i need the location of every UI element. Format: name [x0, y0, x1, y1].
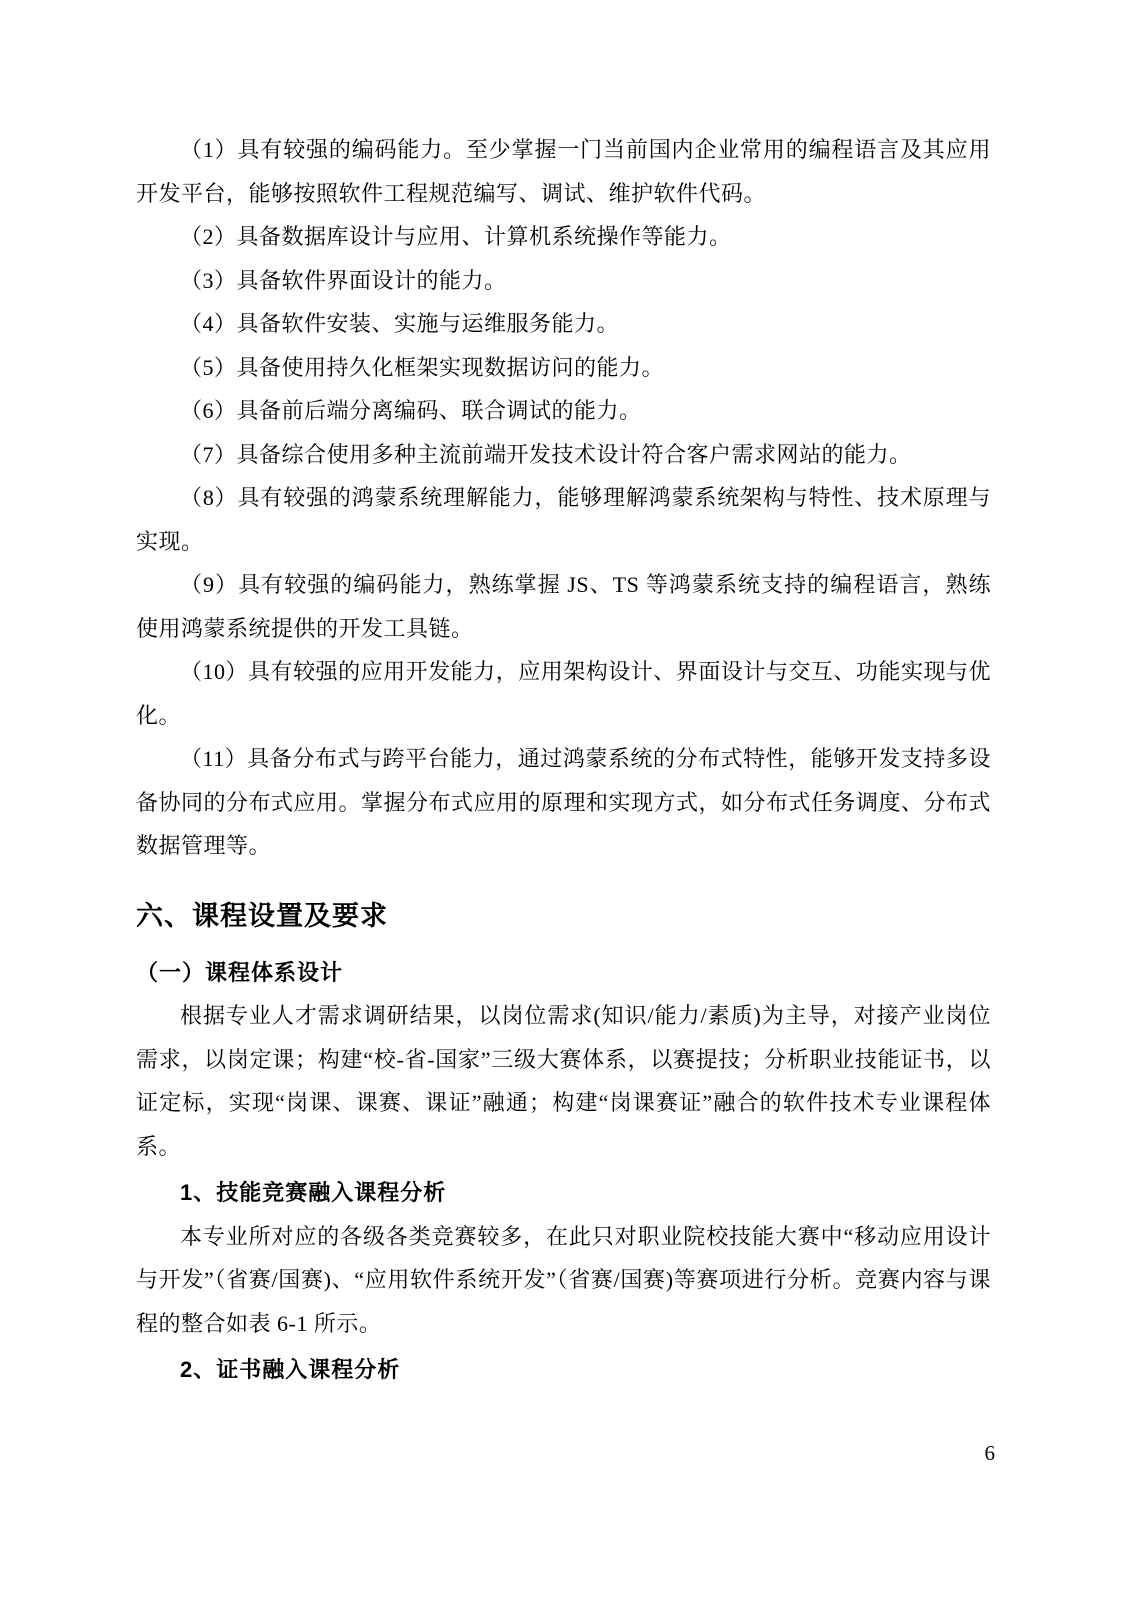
course-system-intro-paragraph: 根据专业人才需求调研结果，以岗位需求(知识/能力/素质)为主导，对接产业岗位需求…: [136, 994, 991, 1168]
ability-item-7: （7）具备综合使用多种主流前端开发技术设计符合客户需求网站的能力。: [136, 433, 991, 477]
skill-competition-paragraph: 本专业所对应的各级各类竞赛较多，在此只对职业院校技能大赛中“移动应用设计与开发”…: [136, 1215, 991, 1346]
item-heading-certificate-analysis: 2、证书融入课程分析: [136, 1348, 991, 1392]
section-heading-curriculum: 六、课程设置及要求: [136, 895, 991, 938]
ability-item-1: （1）具有较强的编码能力。至少掌握一门当前国内企业常用的编程语言及其应用开发平台…: [136, 128, 991, 215]
ability-item-11: （11）具备分布式与跨平台能力，通过鸿蒙系统的分布式特性，能够开发支持多设备协同…: [136, 737, 991, 868]
page-number: 6: [985, 1440, 996, 1466]
document-page: （1）具有较强的编码能力。至少掌握一门当前国内企业常用的编程语言及其应用开发平台…: [0, 0, 1131, 1600]
ability-item-8: （8）具有较强的鸿蒙系统理解能力，能够理解鸿蒙系统架构与特性、技术原理与实现。: [136, 476, 991, 563]
ability-item-10: （10）具有较强的应用开发能力，应用架构设计、界面设计与交互、功能实现与优化。: [136, 650, 991, 737]
subsection-heading-course-system-design: （一）课程体系设计: [136, 951, 991, 995]
item-heading-skill-competition-analysis: 1、技能竞赛融入课程分析: [136, 1171, 991, 1215]
ability-item-3: （3）具备软件界面设计的能力。: [136, 259, 991, 303]
ability-item-2: （2）具备数据库设计与应用、计算机系统操作等能力。: [136, 215, 991, 259]
ability-item-5: （5）具备使用持久化框架实现数据访问的能力。: [136, 346, 991, 390]
ability-item-4: （4）具备软件安装、实施与运维服务能力。: [136, 302, 991, 346]
ability-item-9: （9）具有较强的编码能力，熟练掌握 JS、TS 等鸿蒙系统支持的编程语言，熟练使…: [136, 563, 991, 650]
ability-item-6: （6）具备前后端分离编码、联合调试的能力。: [136, 389, 991, 433]
